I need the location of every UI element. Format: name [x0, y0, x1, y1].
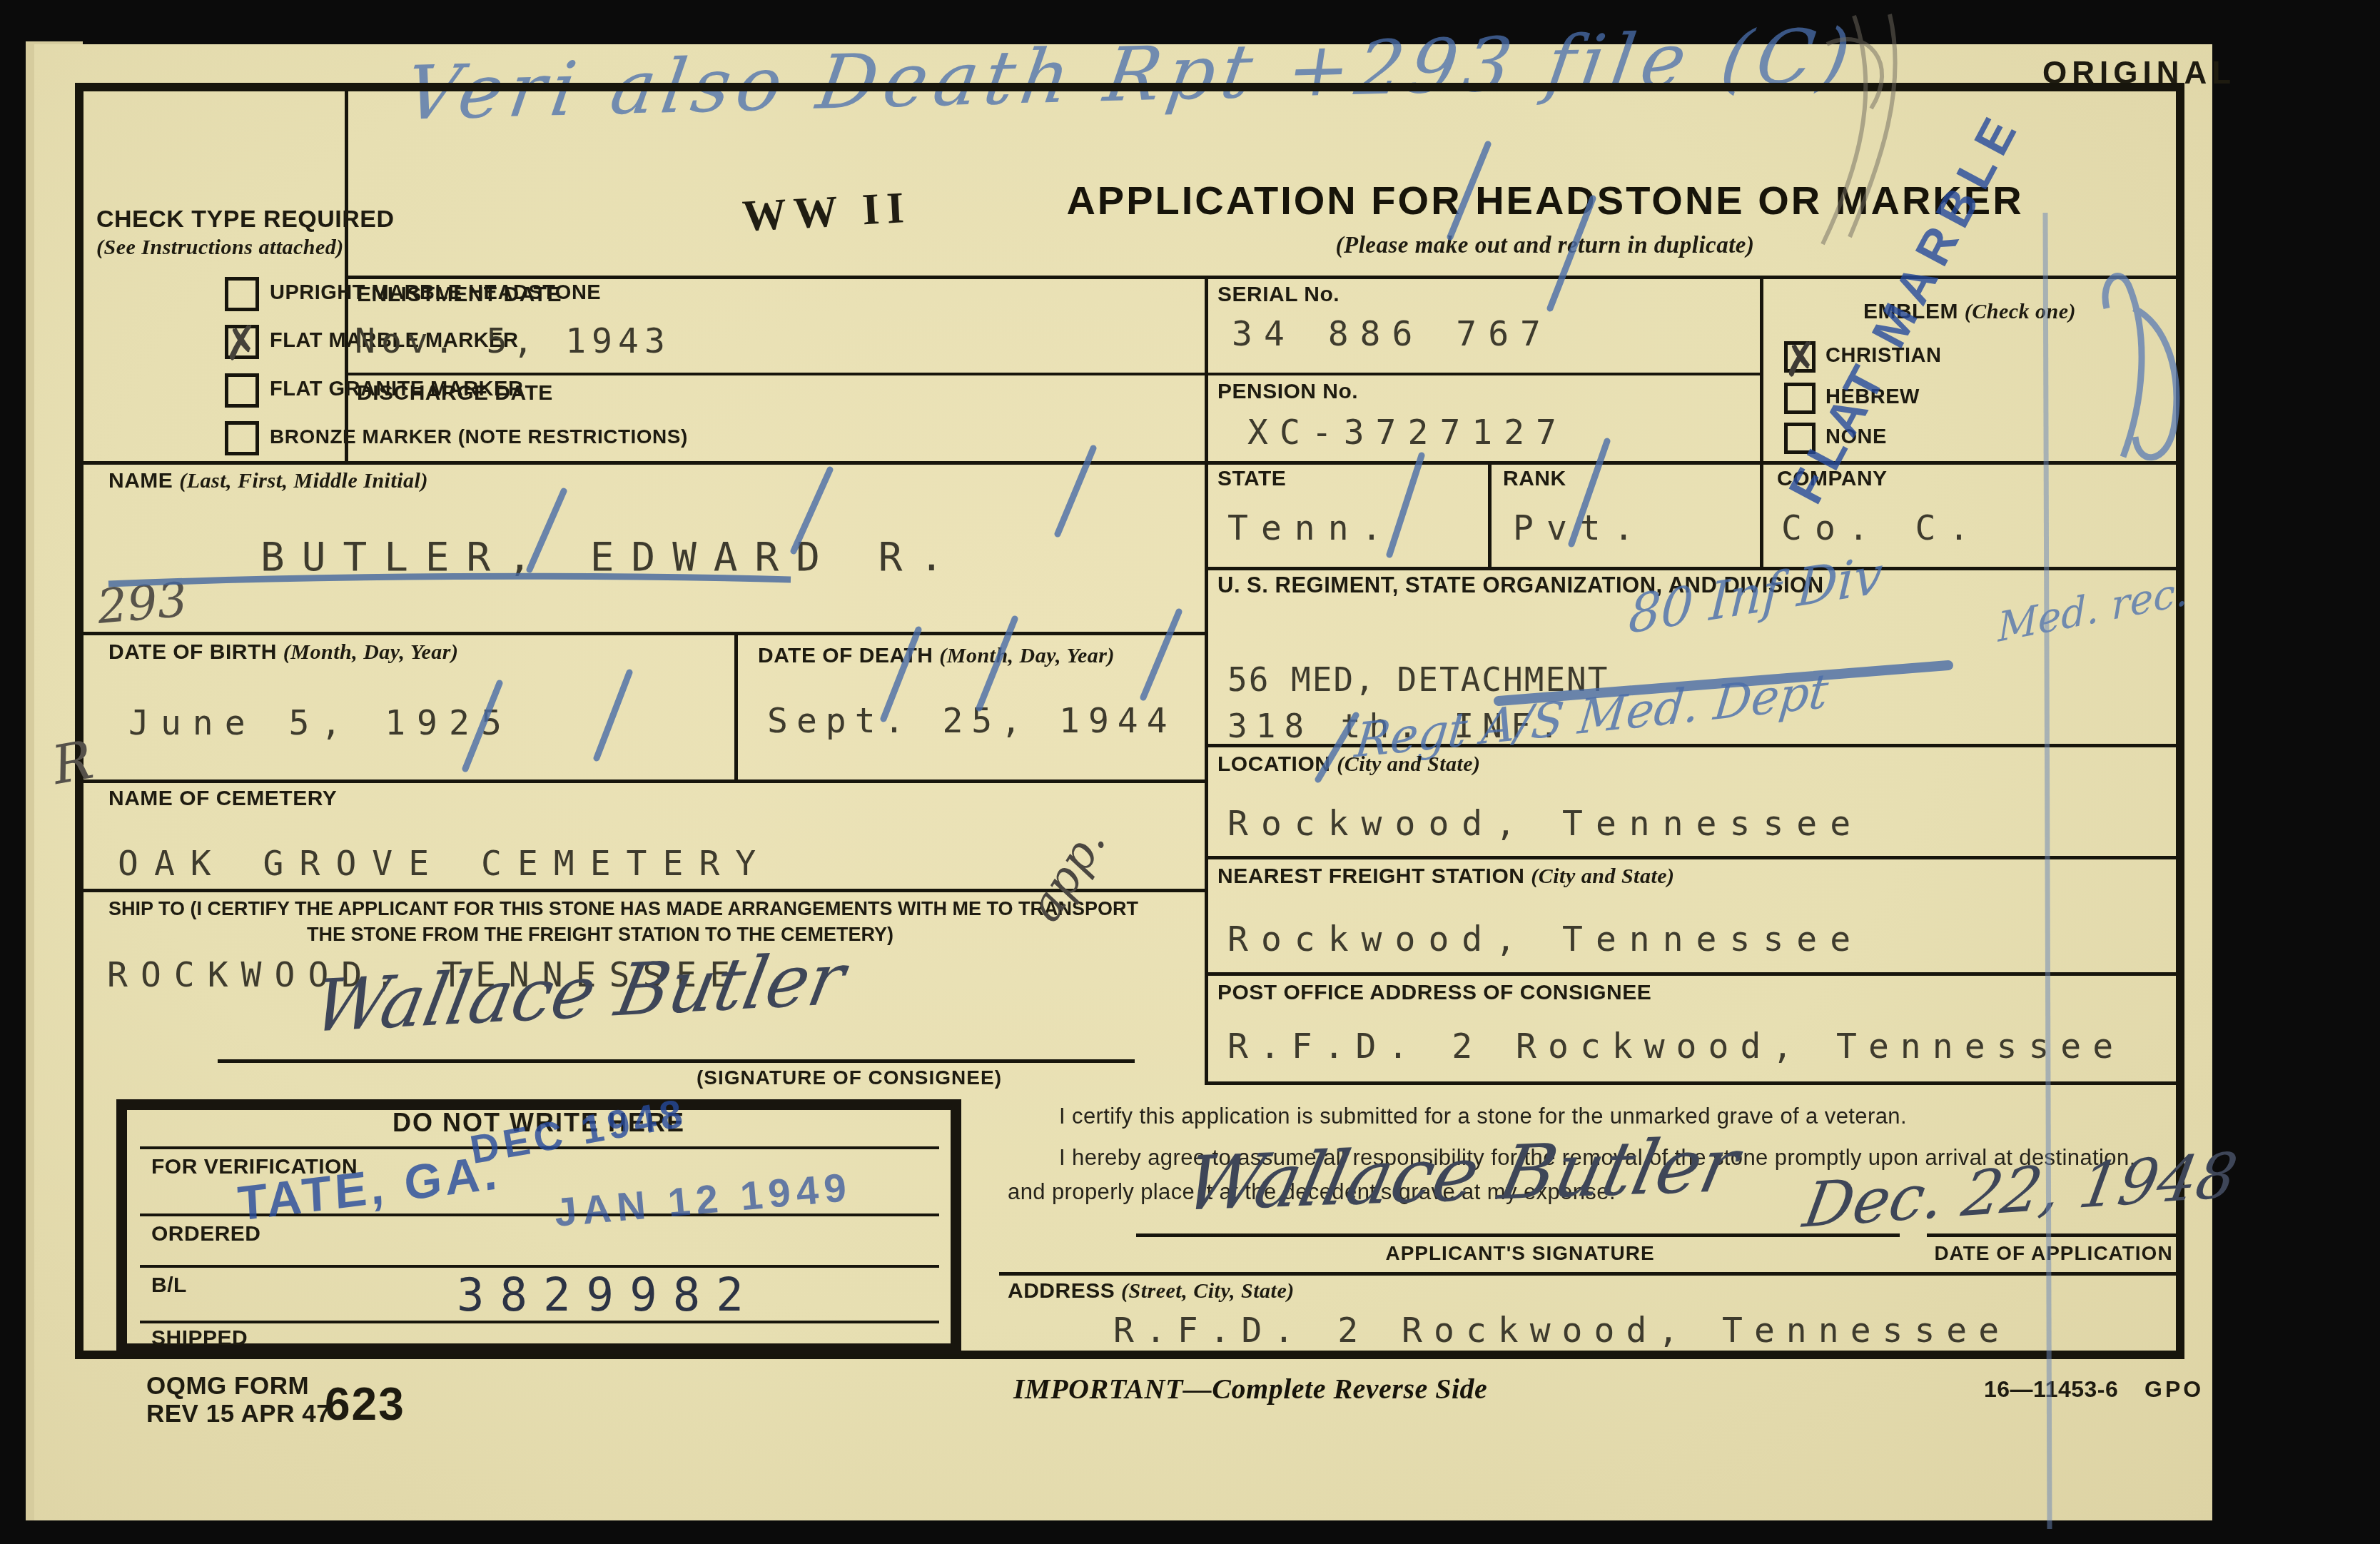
address-label-paren: (Street, City, State): [1121, 1279, 1295, 1303]
rank-label: RANK: [1503, 467, 1566, 491]
rule: [734, 632, 738, 779]
rule: [1205, 972, 2179, 976]
dob-label-main: DATE OF BIRTH: [108, 640, 277, 664]
ww2-stamp: WW II: [741, 183, 912, 242]
rule: [345, 83, 348, 461]
rule: [1760, 461, 1763, 567]
freight-label-paren: (City and State): [1531, 864, 1674, 888]
location-label-paren: (City and State): [1337, 752, 1480, 776]
enlistment-date-label: ENLISTMENT DATE: [357, 283, 562, 307]
location-value: Rockwood, Tennessee: [1227, 804, 1863, 844]
checkbox-bronze-marker[interactable]: [225, 421, 259, 455]
form-id-line2: REV 15 APR 47: [146, 1400, 330, 1428]
rule: [140, 1321, 939, 1323]
emblem-label: EMBLEM (Check one): [1770, 300, 2169, 324]
checkbox-flat-granite-marker[interactable]: [225, 373, 259, 408]
name-value: BUTLER, EDWARD R.: [260, 534, 961, 580]
date-of-death-label: DATE OF DEATH (Month, Day, Year): [758, 644, 1115, 668]
bl-label: B/L: [151, 1273, 187, 1298]
rule: [218, 1059, 1135, 1063]
bl-number-value: 3829982: [457, 1269, 759, 1322]
pension-no-value: XC-3727127: [1247, 413, 1568, 453]
scanned-headstone-application: Veri also Death Rpt +293 file (C) ORIGIN…: [0, 0, 2380, 1544]
rule: [1205, 1081, 2179, 1085]
freight-label-main: NEAREST FREIGHT STATION: [1217, 864, 1524, 888]
name-label: NAME (Last, First, Middle Initial): [108, 469, 428, 493]
rule: [78, 632, 1208, 635]
po-address-value: R.F.D. 2 Rockwood, Tennessee: [1227, 1026, 2125, 1066]
address-label-main: ADDRESS: [1008, 1279, 1115, 1303]
shipped-label: SHIPPED: [151, 1326, 248, 1351]
company-value: Co. C.: [1781, 508, 1982, 548]
rule: [999, 1272, 2179, 1276]
applicant-signature-caption: APPLICANT'S SIGNATURE: [1313, 1242, 1727, 1265]
location-label-main: LOCATION: [1217, 752, 1330, 776]
emblem-label-paren: (Check one): [1965, 300, 2076, 323]
rule: [1205, 276, 1208, 1084]
serial-no-value: 34 886 767: [1232, 314, 1552, 354]
enlistment-date-value: Nov. 5, 1943: [355, 321, 671, 361]
form-number: 623: [325, 1378, 405, 1431]
check-type-subtitle: (See Instructions attached): [96, 236, 335, 260]
location-label: LOCATION (City and State): [1217, 752, 1481, 777]
form-title: APPLICATION FOR HEADSTONE OR MARKER: [1021, 177, 2070, 223]
po-address-label: POST OFFICE ADDRESS OF CONSIGNEE: [1217, 981, 1651, 1005]
ship-to-label-line1: SHIP TO (I CERTIFY THE APPLICANT FOR THI…: [108, 898, 1138, 920]
date-of-birth-label: DATE OF BIRTH (Month, Day, Year): [108, 640, 458, 665]
freight-station-value: Rockwood, Tennessee: [1227, 919, 1863, 959]
state-label: STATE: [1217, 467, 1286, 491]
name-label-main: NAME: [108, 469, 173, 493]
gpo-label: GPO: [2144, 1376, 2204, 1403]
freight-station-label: NEAREST FREIGHT STATION (City and State): [1217, 864, 1675, 889]
rule: [1488, 461, 1492, 567]
rule: [1760, 276, 1763, 461]
date-of-birth-value: June 5, 1925: [128, 703, 513, 743]
rule: [1927, 1233, 2179, 1237]
rule: [1205, 856, 2179, 859]
check-type-title: CHECK TYPE REQUIRED: [96, 206, 335, 233]
rule: [345, 373, 1205, 375]
dob-label-paren: (Month, Day, Year): [283, 640, 459, 664]
rule: [1136, 1233, 1900, 1237]
address-label: ADDRESS (Street, City, State): [1008, 1279, 1295, 1303]
address-value: R.F.D. 2 Rockwood, Tennessee: [1113, 1311, 2010, 1351]
form-id-line1: OQMG FORM: [146, 1372, 330, 1400]
cemetery-value: OAK GROVE CEMETERY: [118, 844, 771, 884]
consignee-signature-caption: (SIGNATURE OF CONSIGNEE): [628, 1066, 1070, 1089]
form-id: OQMG FORM REV 15 APR 47: [146, 1372, 330, 1428]
name-pencil-number: 293: [95, 572, 189, 635]
dod-label-main: DATE OF DEATH: [758, 644, 933, 667]
checkbox-flat-marble-marker[interactable]: [225, 325, 259, 359]
rule: [1205, 373, 1760, 375]
checkbox-upright-marble-headstone[interactable]: [225, 277, 259, 311]
important-note: IMPORTANT—Complete Reverse Side: [1013, 1372, 1487, 1406]
serial-no-label: SERIAL No.: [1217, 283, 1340, 307]
pension-no-label: PENSION No.: [1217, 380, 1358, 404]
date-of-application-caption: DATE OF APPLICATION: [1927, 1242, 2180, 1265]
rule: [1205, 567, 2179, 570]
date-of-death-value: Sept. 25, 1944: [767, 701, 1176, 741]
checkbox-hebrew[interactable]: [1784, 383, 1816, 414]
checkbox-label: BRONZE MARKER (NOTE RESTRICTIONS): [270, 425, 688, 448]
dod-label-paren: (Month, Day, Year): [939, 644, 1115, 667]
rule: [78, 779, 1208, 783]
cemetery-label: NAME OF CEMETERY: [108, 787, 337, 811]
rule: [78, 461, 2179, 465]
rule: [140, 1265, 939, 1268]
state-value: Tenn.: [1227, 508, 1395, 548]
discharge-date-label: DISCHARGE DATE: [357, 381, 553, 405]
checkbox-christian[interactable]: [1784, 341, 1816, 373]
rank-value: Pvt.: [1513, 508, 1647, 548]
name-label-paren: (Last, First, Middle Initial): [179, 469, 428, 493]
print-code: 16—11453-6: [1984, 1376, 2118, 1403]
